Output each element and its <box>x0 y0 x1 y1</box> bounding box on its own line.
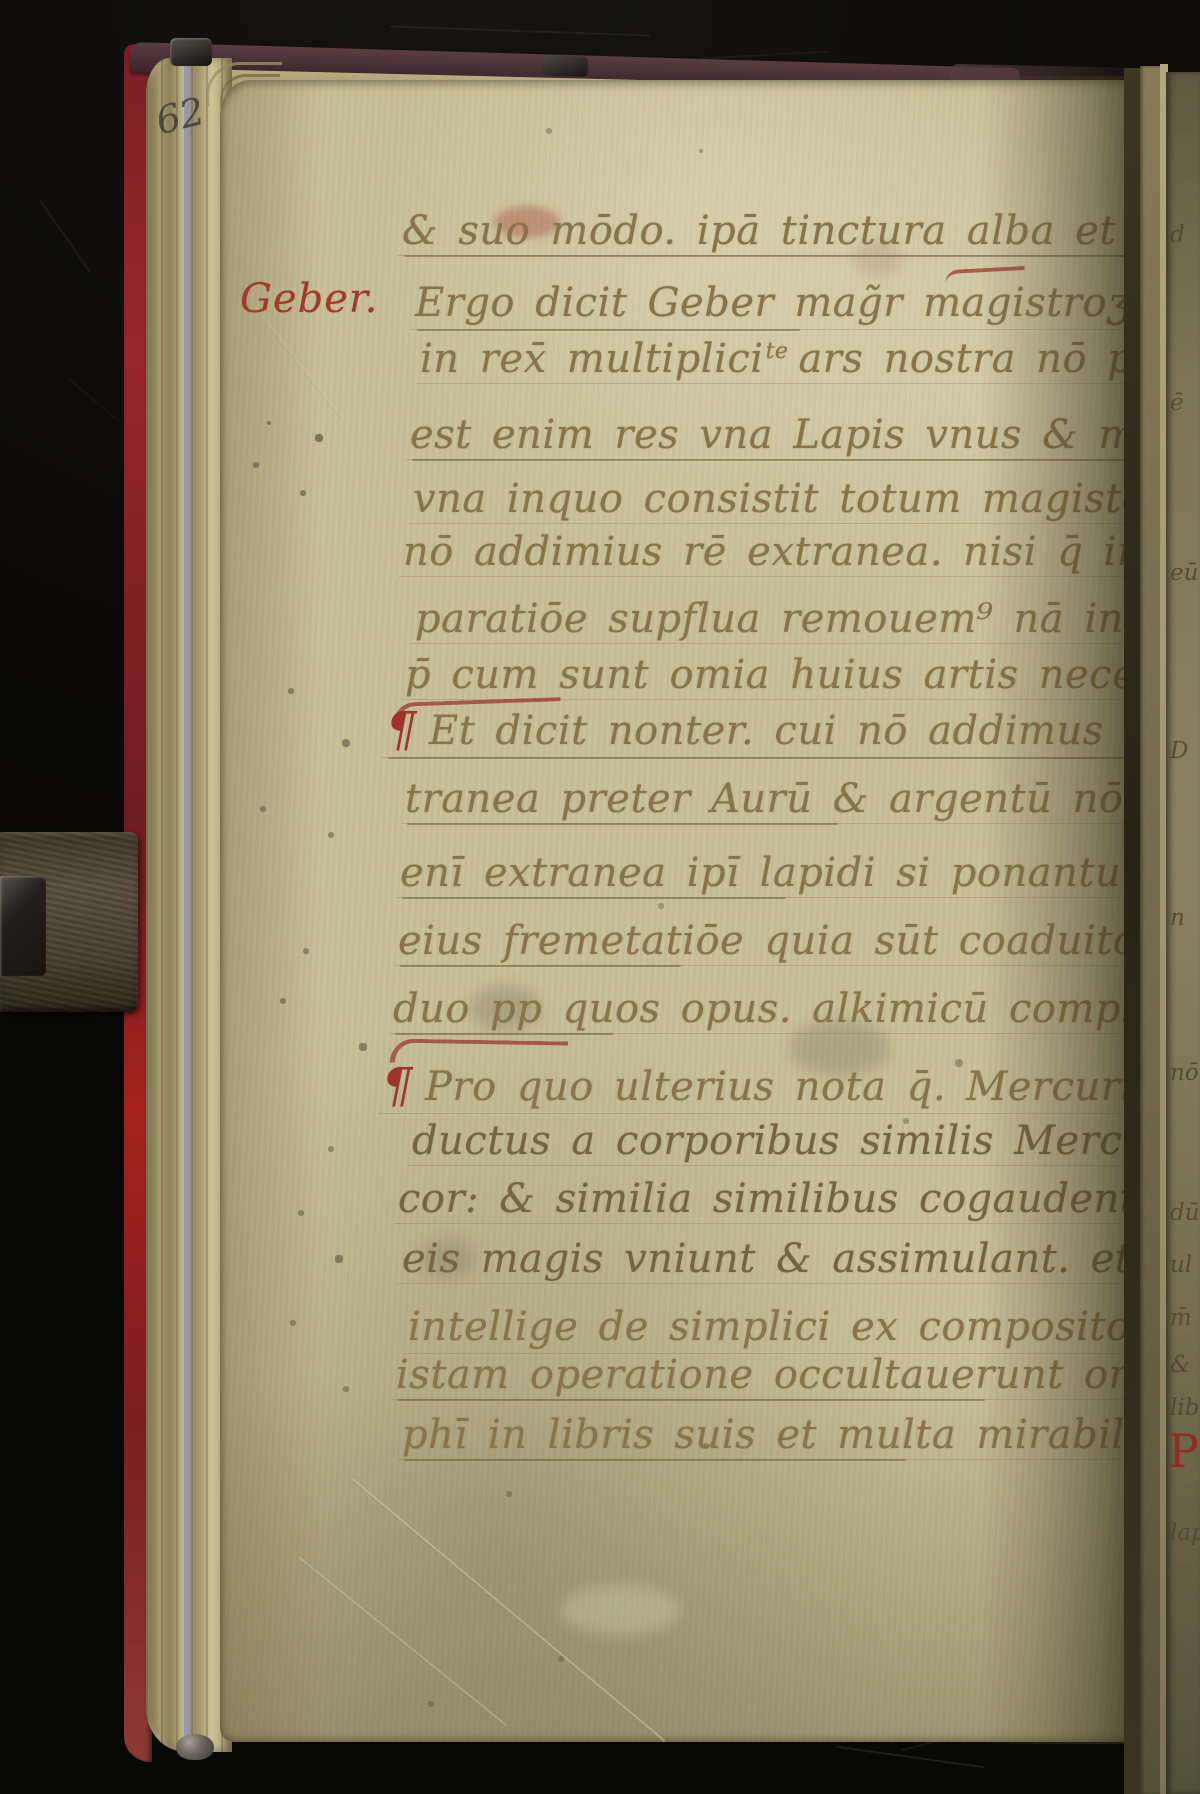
rubric-pilcrow: ¶ <box>382 1058 413 1114</box>
background-scratch <box>38 199 91 274</box>
facing-page-sliver: d ē eū D n nō dū ul m̄ & lib P lap <box>1166 72 1200 1794</box>
ink-speckles <box>0 0 2 2</box>
facing-text-fragment: m̄ <box>1170 1305 1192 1331</box>
facing-text-fragment: nō <box>1170 1060 1199 1086</box>
facing-text-fragment: lap <box>1170 1520 1200 1546</box>
facing-text-fragment: ē <box>1170 390 1184 416</box>
margin-note-geber: Geber. <box>240 276 378 322</box>
facing-text-fragment: D <box>1170 738 1188 764</box>
background-scratch <box>68 378 123 425</box>
top-clasp-fitting <box>170 38 212 66</box>
facing-red-initial: P <box>1168 1424 1199 1478</box>
superscript-abbreviation: te <box>766 339 789 364</box>
facing-text-fragment: d <box>1170 222 1185 248</box>
clasp-metal-fitting <box>0 876 46 976</box>
line-text: in rex̄ multiplici <box>420 336 764 382</box>
background-scratch <box>700 51 830 60</box>
manuscript-photo: 62 Geber. & suo mōdo. ipā tinctura alba … <box>0 0 1200 1794</box>
background-scratch <box>390 25 650 36</box>
stain <box>560 1585 680 1635</box>
top-clasp-fitting <box>542 55 589 77</box>
facing-text-fragment: eū <box>1170 560 1198 586</box>
facing-page-edge-strip <box>1140 66 1162 1794</box>
facing-text-fragment: n <box>1170 905 1185 931</box>
facing-text-fragment: & <box>1170 1352 1190 1378</box>
facing-text-fragment: dū <box>1170 1200 1200 1226</box>
leather-clasp-strap <box>0 832 138 1012</box>
gutter-shadow <box>980 76 1146 1744</box>
facing-text-fragment: ul <box>1170 1252 1192 1278</box>
facing-text-fragment: lib <box>1170 1395 1199 1421</box>
rubric-flourish <box>390 1038 568 1065</box>
bottom-clasp-nub <box>176 1734 214 1760</box>
